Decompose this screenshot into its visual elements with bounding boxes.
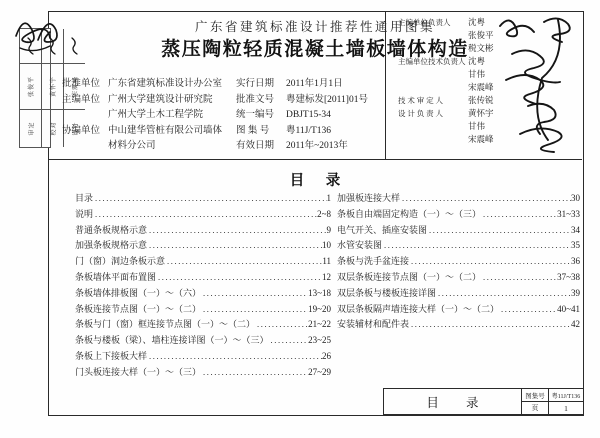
toc-dot-leader: ........................................… <box>147 349 322 365</box>
toc-dot-leader: ........................................… <box>481 207 557 223</box>
signatory-name: 黄怀宇 <box>468 107 494 120</box>
toc-entry-title: 加强板连接大样 <box>337 191 400 207</box>
toc-entry-pages: 27~29 <box>308 365 331 381</box>
toc-dot-leader: ........................................… <box>201 302 308 318</box>
toc-entry-title: 普通条板规格示意 <box>75 223 147 239</box>
signatory-name: 甘伟 <box>468 120 485 133</box>
toc-entry-pages: 31~33 <box>557 207 580 223</box>
toc-dot-leader: ........................................… <box>147 238 322 254</box>
signatory-role-label <box>398 42 468 55</box>
signatory-name: 沈粤 <box>468 16 485 29</box>
toc-entry-pages: 2~8 <box>317 207 331 223</box>
signatory-name: 沈粤 <box>468 55 485 68</box>
toc-dot-leader: ........................................… <box>400 191 571 207</box>
toc-entry-title: 门头板连接大样（一）～（三） <box>75 365 201 381</box>
toc-entry-pages: 35 <box>571 238 580 254</box>
toc-dot-leader: ........................................… <box>409 254 571 270</box>
signatory-role-label <box>398 29 468 42</box>
atlas-number-row: 图集号 粤11J/T136 <box>522 389 583 402</box>
toc-dot-leader: ........................................… <box>499 302 557 318</box>
toc-entry-pages: 34 <box>571 223 580 239</box>
toc-entry: 门（窗）洞边条板示意..............................… <box>75 254 331 270</box>
info-label: 协编单位 <box>62 124 108 140</box>
sheet-title-block: 目 录 图集号 粤11J/T136 页 1 <box>383 388 584 415</box>
info-label: 统一编号 <box>236 108 286 124</box>
toc-entry: 条板与楼板（梁）、墙柱连接详图（一）～（三）..................… <box>75 333 331 349</box>
info-label <box>62 108 108 124</box>
side-strip-role: 审定 <box>26 121 35 135</box>
info-value: 2011年~2013年 <box>286 139 354 155</box>
header-info-row: 广州大学土木工程学院统一编号DBJT15-34 <box>62 108 354 124</box>
toc-entry-title: 条板上下接板大样 <box>75 349 147 365</box>
signatory-name: 张传锐 <box>468 94 494 107</box>
side-strip-role-cell: 审定 <box>20 110 41 147</box>
handwritten-signatures-icon <box>492 12 584 154</box>
toc-entry-title: 双层条板隔声墙连接大样（一）～（二） <box>337 302 499 318</box>
toc-dot-leader: ........................................… <box>427 223 571 239</box>
info-value: 材料分公司 <box>108 139 236 155</box>
toc-entry-title: 加强条板规格示意 <box>75 238 147 254</box>
toc-entry: 加强板连接大样.................................… <box>337 191 580 207</box>
toc-entry-pages: 21~22 <box>308 317 331 333</box>
toc-entry: 电气开关、插座安装图..............................… <box>337 223 580 239</box>
toc-entry: 目录......................................… <box>75 191 331 207</box>
toc-entry-pages: 1 <box>327 191 332 207</box>
toc-dot-leader: ........................................… <box>269 333 309 349</box>
toc-entry-pages: 40~41 <box>557 302 580 318</box>
title-block-caption: 目 录 <box>384 389 521 414</box>
toc-dot-leader: ........................................… <box>201 365 308 381</box>
header-info-row: 批准单位广东省建筑标准设计办公室实行日期2011年1月1日 <box>62 77 354 93</box>
toc-entry-title: 条板与楼板（梁）、墙柱连接详图（一）～（三） <box>75 333 269 349</box>
toc-entry-title: 门（窗）洞边条板示意 <box>75 254 165 270</box>
toc-dot-leader: ........................................… <box>481 270 557 286</box>
toc-entry-pages: 42 <box>571 317 580 333</box>
toc-dot-leader: ........................................… <box>93 207 317 223</box>
toc-entry-title: 条板与门（窗）框连接节点图（一）～（二） <box>75 317 255 333</box>
toc-dot-leader: ........................................… <box>147 223 326 239</box>
toc-entry-title: 电气开关、插座安装图 <box>337 223 427 239</box>
toc-entry: 安装辅材和配件表................................… <box>337 317 580 333</box>
toc-entry: 条板上下接板大样................................… <box>75 349 331 365</box>
side-strip-name-cell: 张俊平 <box>20 64 41 110</box>
info-value: 粤11J/T136 <box>286 124 354 140</box>
signatory-role-label <box>398 120 468 133</box>
toc-dot-leader: ........................................… <box>165 254 322 270</box>
toc-dot-leader: ........................................… <box>156 270 322 286</box>
toc-entry-title: 条板自由端固定构造（一）～（三） <box>337 207 481 223</box>
toc-entry: 门头板连接大样（一）～（三）..........................… <box>75 365 331 381</box>
info-value: 广州大学建筑设计研究院 <box>108 93 236 109</box>
toc-entry-pages: 39 <box>571 286 580 302</box>
signatory-role-label <box>398 133 468 146</box>
title-block-number-table: 图集号 粤11J/T136 页 1 <box>521 389 583 414</box>
header-info-row: 主编单位广州大学建筑设计研究院批准文号粤建标发[2011]01号 <box>62 93 354 109</box>
toc-dot-leader: ........................................… <box>409 317 571 333</box>
info-label <box>62 139 108 155</box>
side-strip-name-cell: 黄怀宇 <box>42 64 63 110</box>
info-value: 广州大学土木工程学院 <box>108 108 236 124</box>
toc-entry: 条板与门（窗）框连接节点图（一）～（二）....................… <box>75 317 331 333</box>
atlas-number-label: 图集号 <box>522 389 549 401</box>
signatory-role-label: 主编单位技术负责人 <box>398 55 468 68</box>
toc-right: 加强板连接大样.................................… <box>337 191 580 333</box>
info-label: 批准单位 <box>62 77 108 93</box>
toc-entry-pages: 12 <box>322 270 331 286</box>
info-value: 2011年1月1日 <box>286 77 354 93</box>
toc-entry-pages: 36 <box>571 254 580 270</box>
toc-entry: 双层条板与楼板连接详图.............................… <box>337 286 580 302</box>
page-number-value: 1 <box>549 402 583 414</box>
side-strip-role-cell: 校对 <box>42 110 63 147</box>
info-label: 实行日期 <box>236 77 286 93</box>
page-number-label: 页 <box>522 402 549 414</box>
info-label: 批准文号 <box>236 93 286 109</box>
toc-entry-pages: 19~20 <box>308 302 331 318</box>
toc-entry-title: 目录 <box>75 191 93 207</box>
atlas-number-value: 粤11J/T136 <box>549 389 583 401</box>
toc-dot-leader: ........................................… <box>93 191 326 207</box>
toc-entry: 条板与洗手盆连接................................… <box>337 254 580 270</box>
toc-dot-leader: ........................................… <box>436 286 571 302</box>
signatory-role-label: 主编单位负责人 <box>398 16 468 29</box>
toc-entry-title: 说明 <box>75 207 93 223</box>
toc-entry-title: 双层条板连接节点图（一）～（二） <box>337 270 481 286</box>
toc-dot-leader: ........................................… <box>255 317 308 333</box>
side-strip-name: 张俊平 <box>26 76 35 97</box>
toc-entry-pages: 10 <box>322 238 331 254</box>
signatory-name: 宋震峰 <box>468 133 494 146</box>
toc-entry: 双层条板连接节点图（一）～（二）........................… <box>337 270 580 286</box>
signatory-name: 甘伟 <box>468 68 485 81</box>
toc-entry: 条板墙体排板图（一）～（六）..........................… <box>75 286 331 302</box>
header-bottom-divider <box>48 159 582 160</box>
info-value: DBJT15-34 <box>286 108 354 124</box>
toc-entry-title: 双层条板与楼板连接详图 <box>337 286 436 302</box>
page-number-row: 页 1 <box>522 402 583 414</box>
toc-entry: 水管安装图...................................… <box>337 238 580 254</box>
toc-entry-pages: 37~38 <box>557 270 580 286</box>
toc-entry-pages: 23~25 <box>308 333 331 349</box>
info-label: 有效日期 <box>236 139 286 155</box>
toc-entry: 条板连接节点图（一）～（二）..........................… <box>75 302 331 318</box>
signatory-name: 宋震峰 <box>468 81 494 94</box>
toc-dot-leader: ........................................… <box>201 286 308 302</box>
toc-entry: 条板墙体平面布置图...............................… <box>75 270 331 286</box>
toc-entry-title: 条板墙体平面布置图 <box>75 270 156 286</box>
signatory-role-label <box>398 81 468 94</box>
toc-entry-title: 条板与洗手盆连接 <box>337 254 409 270</box>
toc-entry: 双层条板隔声墙连接大样（一）～（二）......................… <box>337 302 580 318</box>
toc-entry: 普通条板规格示意................................… <box>75 223 331 239</box>
signatory-role-label <box>398 68 468 81</box>
signatory-role-label: 技 术 审 定 人 <box>398 94 468 107</box>
info-label: 主编单位 <box>62 93 108 109</box>
signatory-role-label: 设 计 负 责 人 <box>398 107 468 120</box>
toc-entry-pages: 30 <box>571 191 580 207</box>
header-info: 批准单位广东省建筑标准设计办公室实行日期2011年1月1日主编单位广州大学建筑设… <box>62 77 354 155</box>
toc-entry-pages: 11 <box>322 254 331 270</box>
toc-entry: 条板自由端固定构造（一）～（三）........................… <box>337 207 580 223</box>
toc-dot-leader: ........................................… <box>382 238 571 254</box>
header-info-row: 协编单位中山建华管桩有限公司墙体图 集 号粤11J/T136 <box>62 124 354 140</box>
toc-entry-title: 安装辅材和配件表 <box>337 317 409 333</box>
toc-entry-pages: 13~18 <box>308 286 331 302</box>
toc-entry-title: 条板墙体排板图（一）～（六） <box>75 286 201 302</box>
info-value: 广东省建筑标准设计办公室 <box>108 77 236 93</box>
header-vertical-divider <box>385 12 386 160</box>
info-value: 中山建华管桩有限公司墙体 <box>108 124 236 140</box>
toc-heading: 目 录 <box>48 169 582 190</box>
toc-entry-pages: 26 <box>322 349 331 365</box>
toc-left: 目录......................................… <box>75 191 331 381</box>
side-strip-role: 校对 <box>48 121 57 135</box>
info-label: 图 集 号 <box>236 124 286 140</box>
toc-entry-title: 水管安装图 <box>337 238 382 254</box>
toc-entry: 加强条板规格示意................................… <box>75 238 331 254</box>
toc-entry-title: 条板连接节点图（一）～（二） <box>75 302 201 318</box>
info-value: 粤建标发[2011]01号 <box>286 93 368 109</box>
side-strip-name: 黄怀宇 <box>48 76 57 97</box>
toc-entry-pages: 9 <box>327 223 332 239</box>
header-info-row: 材料分公司有效日期2011年~2013年 <box>62 139 354 155</box>
signatory-name: 张俊平 <box>468 29 494 42</box>
signatory-name: 税文彬 <box>468 42 494 55</box>
toc-entry: 说明......................................… <box>75 207 331 223</box>
